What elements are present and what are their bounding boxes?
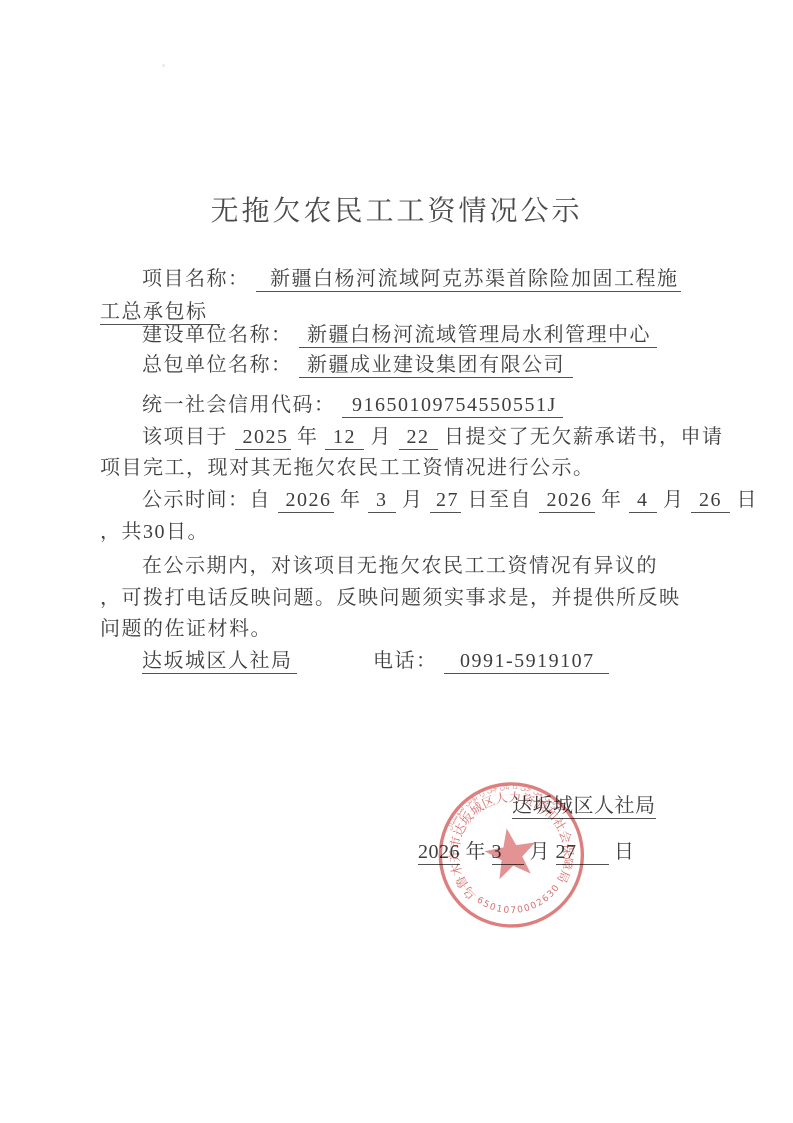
phone-label: 电话： xyxy=(373,650,438,672)
seal-code-text: 6501070002630 xyxy=(473,881,566,923)
commitment-month-unit: 月 xyxy=(371,426,393,448)
document-title: 无拖欠农民工工资情况公示 xyxy=(0,189,793,229)
contractor-value: 新疆成业建设集团有限公司 xyxy=(299,354,573,378)
project-name-line-1: 项目名称： 新疆白杨河流域阿克苏渠首除险加固工程施 xyxy=(142,266,681,292)
publicity-y1-unit: 年 xyxy=(340,489,362,511)
signature-date-line: 2026 年 3 月 27 日 xyxy=(418,839,635,865)
objection-line-3: 问题的佐证材料。 xyxy=(100,616,272,642)
signature-year-unit: 年 xyxy=(466,841,487,863)
publicity-start-day: 27 xyxy=(430,489,461,513)
svg-text:6501070002630: 6501070002630 xyxy=(473,881,566,923)
commitment-prefix: 该项目于 xyxy=(142,426,228,448)
publicity-start-month: 3 xyxy=(368,489,396,513)
publicity-line-1: 公示时间：自 2026 年 3 月 27 日至自 2026 年 4 月 26 日 xyxy=(142,487,758,513)
phone-value: 0991-5919107 xyxy=(444,650,609,674)
builder-value: 新疆白杨河流域管理局水利管理中心 xyxy=(299,324,657,348)
publicity-end-month: 4 xyxy=(629,489,657,513)
signature-day-unit: 日 xyxy=(614,841,635,863)
builder-line: 建设单位名称： 新疆白杨河流域管理局水利管理中心 xyxy=(142,322,657,348)
commitment-line-1: 该项目于 2025 年 12 月 22 日提交了无欠薪承诺书，申请 xyxy=(142,424,724,450)
project-label: 项目名称： xyxy=(142,268,250,290)
signature-month: 3 xyxy=(492,841,525,865)
commitment-line-2: 项目完工，现对其无拖欠农民工工资情况进行公示。 xyxy=(100,455,595,481)
signature-agency: 达坂城区人社局 xyxy=(512,795,656,819)
contact-agency: 达坂城区人社局 xyxy=(142,650,297,674)
commitment-year-unit: 年 xyxy=(297,426,319,448)
publicity-middle: 日至自 xyxy=(468,489,533,511)
commitment-month: 12 xyxy=(325,426,364,450)
commitment-line1-suffix: 日提交了无欠薪承诺书，申请 xyxy=(444,426,724,448)
signature-agency-line: 达坂城区人社局 xyxy=(512,793,656,819)
objection-line-2: ，可拨打电话反映问题。反映问题须实事求是，并提供所反映 xyxy=(100,585,681,611)
scan-artifact xyxy=(162,64,165,67)
commitment-day: 22 xyxy=(399,426,438,450)
publicity-y2-unit: 年 xyxy=(601,489,623,511)
publicity-line-2: ，共30日。 xyxy=(100,519,209,545)
builder-label: 建设单位名称： xyxy=(142,324,293,346)
signature-month-unit: 月 xyxy=(530,841,551,863)
credit-code-line: 统一社会信用代码： 91650109754550551J xyxy=(142,392,563,418)
publicity-end-year: 2026 xyxy=(539,489,595,513)
signature-day: 27 xyxy=(556,841,609,865)
publicity-m2-unit: 月 xyxy=(663,489,685,511)
commitment-year: 2025 xyxy=(235,426,291,450)
publicity-start-year: 2026 xyxy=(278,489,334,513)
contractor-line: 总包单位名称： 新疆成业建设集团有限公司 xyxy=(142,352,573,378)
contractor-label: 总包单位名称： xyxy=(142,354,293,376)
publicity-m1-unit: 月 xyxy=(402,489,424,511)
publicity-label: 公示时间：自 xyxy=(142,489,271,511)
publicity-end-unit: 日 xyxy=(737,489,759,511)
project-value-line1: 新疆白杨河流域阿克苏渠首除险加固工程施 xyxy=(256,268,681,292)
signature-year: 2026 xyxy=(418,841,460,865)
credit-code-label: 统一社会信用代码： xyxy=(142,394,336,416)
publicity-end-day: 26 xyxy=(691,489,730,513)
credit-code-value: 91650109754550551J xyxy=(342,394,563,418)
scanned-document-page: 无拖欠农民工工资情况公示 项目名称： 新疆白杨河流域阿克苏渠首除险加固工程施 工… xyxy=(0,0,793,1123)
objection-line-1: 在公示期内，对该项目无拖欠农民工工资情况有异议的 xyxy=(142,553,658,579)
contact-line: 达坂城区人社局 电话： 0991-5919107 xyxy=(142,648,609,674)
